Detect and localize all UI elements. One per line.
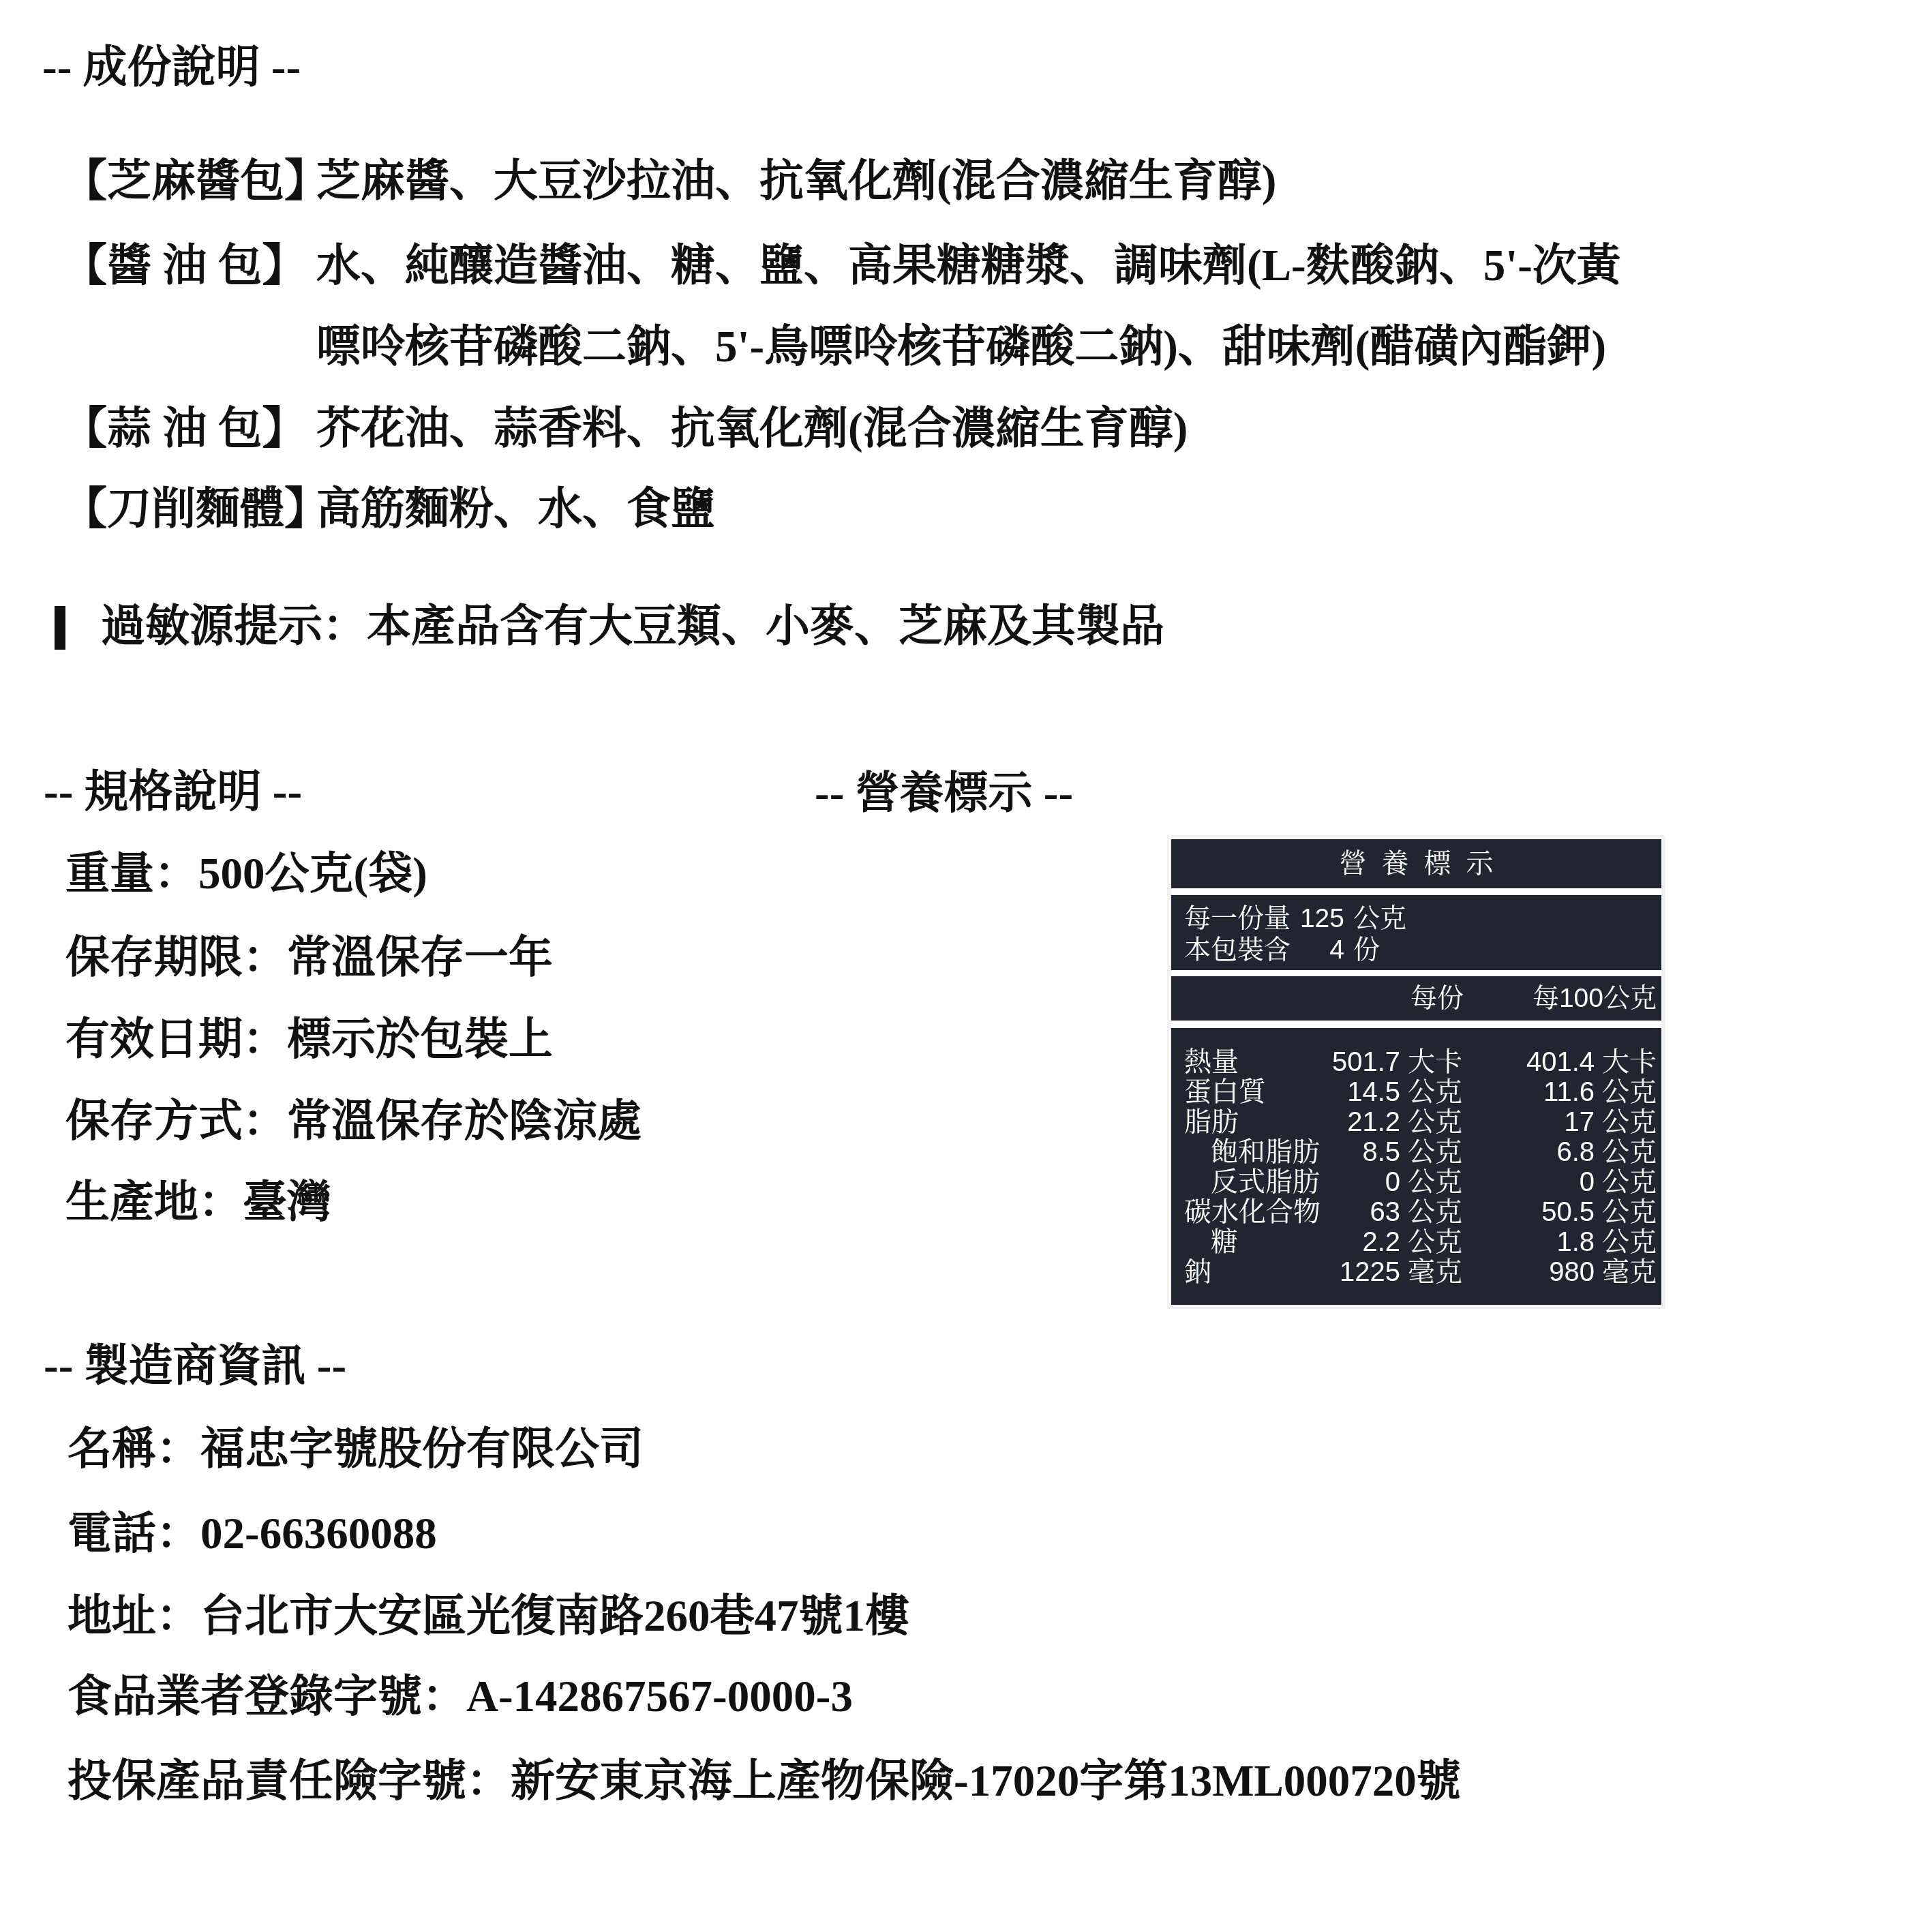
nutrition-table-header: 營養標示 [1171, 839, 1661, 888]
per-serving-value: 21.2 [1308, 1107, 1400, 1137]
nutrition-row-protein: 蛋白質 14.5 公克 11.6 公克 [1171, 1077, 1661, 1107]
per-serving-value: 63 [1308, 1197, 1400, 1227]
nutrient-label: 糖 [1211, 1227, 1238, 1257]
per-serving-value: 501.7 [1308, 1047, 1400, 1077]
food-business-registration-number: 食品業者登錄字號：A-142867567-0000-3 [67, 1675, 853, 1719]
per-100g-value: 980 [1498, 1257, 1595, 1287]
ingredient-text: 水、純釀造醬油、糖、鹽、高果糖糖漿、調味劑(L-麩酸鈉、5'-次黃 [316, 244, 1621, 288]
per-100g-value: 11.6 [1498, 1077, 1595, 1107]
nutrition-facts-table: 營養標示 每一份量 125 公克 本包裝含 4 份 每份 每100公克 熱量 5… [1171, 839, 1661, 1305]
nutrition-row-sugar: 糖 2.2 公克 1.8 公克 [1171, 1227, 1661, 1257]
per-100g-unit: 公克 [1602, 1227, 1657, 1257]
servings-value: 4 [1294, 935, 1344, 966]
per-serving-value: 0 [1308, 1167, 1400, 1197]
per-100g-value: 1.8 [1498, 1227, 1595, 1257]
nutrition-row-sodium: 鈉 1225 毫克 980 毫克 [1171, 1257, 1661, 1287]
ingredient-text: 芝麻醬、大豆沙拉油、抗氧化劑(混合濃縮生育醇) [316, 160, 1276, 204]
serving-size-label: 每一份量 [1184, 903, 1290, 935]
spec-origin: 生產地：臺灣 [65, 1181, 331, 1225]
ingredient-label: 【蒜 油 包】 [63, 407, 298, 451]
manufacturer-address: 地址：台北市大安區光復南路260巷47號1樓 [67, 1595, 909, 1639]
nutrition-section-title: -- 營養標示 -- [815, 772, 1073, 816]
nutrition-row-fat: 脂肪 21.2 公克 17 公克 [1171, 1107, 1661, 1137]
per-100g-unit: 公克 [1602, 1107, 1657, 1137]
allergen-notice: 過敏源提示：本產品含有大豆類、小麥、芝麻及其製品 [101, 605, 1164, 649]
per-serving-value: 1225 [1308, 1257, 1400, 1287]
per-100g-value: 6.8 [1498, 1137, 1595, 1167]
per-100g-value: 50.5 [1498, 1197, 1595, 1227]
nutrient-label: 碳水化合物 [1184, 1197, 1320, 1227]
nutrition-table-title: 營養標示 [1171, 839, 1661, 888]
per-100g-unit: 毫克 [1602, 1257, 1657, 1287]
ingredients-section-title: -- 成份說明 -- [42, 46, 301, 90]
per-100g-unit: 公克 [1602, 1077, 1657, 1107]
per-serving-unit: 公克 [1408, 1137, 1462, 1167]
nutrition-row-carbohydrate: 碳水化合物 63 公克 50.5 公克 [1171, 1197, 1661, 1227]
per-serving-unit: 公克 [1408, 1227, 1462, 1257]
per-serving-value: 8.5 [1308, 1137, 1400, 1167]
nutrient-label: 反式脂肪 [1211, 1167, 1320, 1197]
per-serving-value: 14.5 [1308, 1077, 1400, 1107]
product-liability-insurance-number: 投保產品責任險字號：新安東京海上產物保險-17020字第13ML000720號 [67, 1760, 1461, 1804]
per-100g-unit: 公克 [1602, 1167, 1657, 1197]
ingredient-label: 【刀削麵體】 [63, 487, 298, 532]
product-info-page: -- 成份說明 -- 【芝麻醬包】 芝麻醬、大豆沙拉油、抗氧化劑(混合濃縮生育醇… [0, 0, 1932, 1932]
per-serving-unit: 公克 [1408, 1197, 1462, 1227]
nutrition-column-headers: 每份 每100公克 [1171, 976, 1661, 1021]
nutrient-label: 鈉 [1184, 1257, 1211, 1287]
manufacturer-name: 名稱：福忠字號股份有限公司 [67, 1428, 644, 1472]
per-serving-unit: 大卡 [1408, 1047, 1462, 1077]
manufacturer-phone: 電話：02-66360088 [67, 1512, 437, 1556]
spec-expiry-date: 有效日期：標示於包裝上 [65, 1018, 553, 1062]
per-100g-unit: 公克 [1602, 1197, 1657, 1227]
ingredient-text: 芥花油、蒜香料、抗氧化劑(混合濃縮生育醇) [316, 407, 1188, 451]
nutrient-label: 蛋白質 [1184, 1077, 1266, 1107]
nutrition-row-calories: 熱量 501.7 大卡 401.4 大卡 [1171, 1047, 1661, 1077]
spec-storage: 保存方式：常溫保存於陰涼處 [65, 1100, 642, 1144]
allergen-marker-icon [55, 606, 65, 650]
per-serving-value: 2.2 [1308, 1227, 1400, 1257]
per-100g-unit: 公克 [1602, 1137, 1657, 1167]
ingredient-label: 【芝麻醬包】 [63, 160, 298, 204]
nutrient-label: 飽和脂肪 [1211, 1137, 1320, 1167]
nutrition-row-trans-fat: 反式脂肪 0 公克 0 公克 [1171, 1167, 1661, 1197]
column-header-per-serving: 每份 [1362, 983, 1464, 1014]
column-header-per-100g: 每100公克 [1492, 983, 1657, 1014]
ingredient-text: 高筋麵粉、水、食鹽 [316, 487, 715, 532]
nutrient-label: 脂肪 [1184, 1107, 1239, 1137]
per-100g-value: 0 [1498, 1167, 1595, 1197]
nutrition-serving-info: 每一份量 125 公克 本包裝含 4 份 [1171, 895, 1661, 970]
manufacturer-section-title: -- 製造商資訊 -- [44, 1344, 346, 1389]
serving-size-value: 125 [1294, 903, 1344, 935]
spec-weight: 重量：500公克(袋) [65, 852, 427, 896]
serving-size-unit: 公克 [1353, 903, 1406, 935]
per-serving-unit: 公克 [1408, 1077, 1462, 1107]
spec-shelf-life: 保存期限：常溫保存一年 [65, 936, 553, 980]
servings-unit: 份 [1353, 935, 1380, 966]
serving-size-row: 每一份量 125 公克 [1171, 903, 1661, 935]
servings-label: 本包裝含 [1184, 935, 1290, 966]
per-100g-value: 17 [1498, 1107, 1595, 1137]
ingredient-label: 【醬 油 包】 [63, 244, 298, 288]
nutrition-row-saturated-fat: 飽和脂肪 8.5 公克 6.8 公克 [1171, 1137, 1661, 1167]
specs-section-title: -- 規格說明 -- [44, 770, 302, 815]
per-serving-unit: 公克 [1408, 1107, 1462, 1137]
per-100g-unit: 大卡 [1602, 1047, 1657, 1077]
ingredient-text-continuation: 嘌呤核苷磷酸二鈉、5'-鳥嘌呤核苷磷酸二鈉)、甜味劑(醋磺內酯鉀) [316, 325, 1606, 369]
per-100g-value: 401.4 [1498, 1047, 1595, 1077]
per-serving-unit: 毫克 [1408, 1257, 1462, 1287]
servings-per-package-row: 本包裝含 4 份 [1171, 935, 1661, 966]
nutrient-label: 熱量 [1184, 1047, 1239, 1077]
nutrition-rows: 熱量 501.7 大卡 401.4 大卡 蛋白質 14.5 公克 11.6 公克… [1171, 1028, 1661, 1305]
per-serving-unit: 公克 [1408, 1167, 1462, 1197]
